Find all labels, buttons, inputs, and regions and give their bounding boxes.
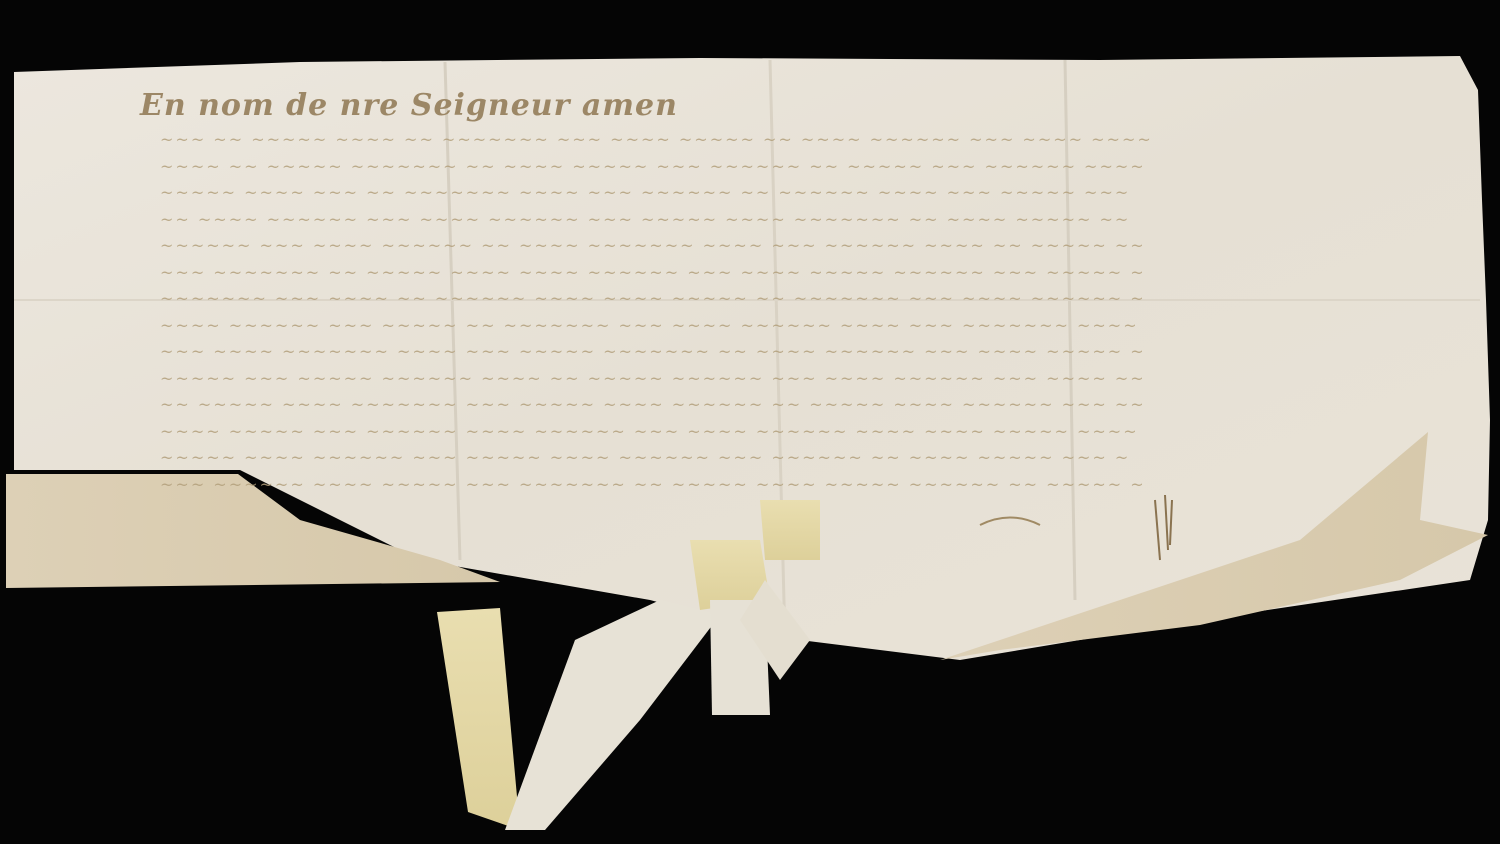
document-heading: En nom de nre Seigneur amen bbox=[140, 88, 678, 123]
manuscript-line: ~~~~ ~~ ~~~~~ ~~~~~~~ ~~ ~~~~ ~~~~~ ~~~ … bbox=[160, 157, 1460, 184]
manuscript-line: ~~~~~ ~~~~ ~~~ ~~ ~~~~~~~ ~~~~ ~~~ ~~~~~… bbox=[160, 183, 1460, 210]
manuscript-line: ~~~ ~~ ~~~~~ ~~~~ ~~ ~~~~~~~ ~~~ ~~~~ ~~… bbox=[160, 130, 1460, 157]
seal-tag-knot-upper bbox=[760, 500, 820, 560]
manuscript-line: ~~~~~ ~~~~ ~~~~~~ ~~~ ~~~~~ ~~~~ ~~~~~~ … bbox=[160, 448, 1460, 475]
manuscript-line: ~~~~~ ~~~ ~~~~~ ~~~~~~ ~~~~ ~~ ~~~~~ ~~~… bbox=[160, 369, 1460, 396]
manuscript-line: ~~~~~~ ~~~ ~~~~ ~~~~~~ ~~ ~~~~ ~~~~~~~ ~… bbox=[160, 236, 1460, 263]
manuscript-line: ~~ ~~~~ ~~~~~~ ~~~ ~~~~ ~~~~~~ ~~~ ~~~~~… bbox=[160, 210, 1460, 237]
seal-tag-loop bbox=[505, 600, 720, 830]
archival-photo: En nom de nre Seigneur amen ~~~ ~~ ~~~~~… bbox=[0, 0, 1500, 844]
manuscript-line: ~~~ ~~~~~~ ~~~~ ~~~~~ ~~~ ~~~~~~~ ~~ ~~~… bbox=[160, 475, 1460, 502]
manuscript-line: ~~~ ~~~~ ~~~~~~~ ~~~~ ~~~ ~~~~~ ~~~~~~~ … bbox=[160, 342, 1460, 369]
seal-tag-left bbox=[437, 608, 520, 830]
manuscript-line: ~~~~~~~ ~~~ ~~~~ ~~ ~~~~~~ ~~~~ ~~~~ ~~~… bbox=[160, 289, 1460, 316]
manuscript-line: ~~~ ~~~~~~~ ~~ ~~~~~ ~~~~ ~~~~ ~~~~~~ ~~… bbox=[160, 263, 1460, 290]
manuscript-line: ~~ ~~~~~ ~~~~ ~~~~~~~ ~~~ ~~~~~ ~~~~ ~~~… bbox=[160, 395, 1460, 422]
manuscript-line: ~~~~ ~~~~~~ ~~~ ~~~~~ ~~ ~~~~~~~ ~~~ ~~~… bbox=[160, 316, 1460, 343]
manuscript-line: ~~~~ ~~~~~ ~~~ ~~~~~~ ~~~~ ~~~~~~ ~~~ ~~… bbox=[160, 422, 1460, 449]
manuscript-body: ~~~ ~~ ~~~~~ ~~~~ ~~ ~~~~~~~ ~~~ ~~~~ ~~… bbox=[160, 130, 1460, 501]
